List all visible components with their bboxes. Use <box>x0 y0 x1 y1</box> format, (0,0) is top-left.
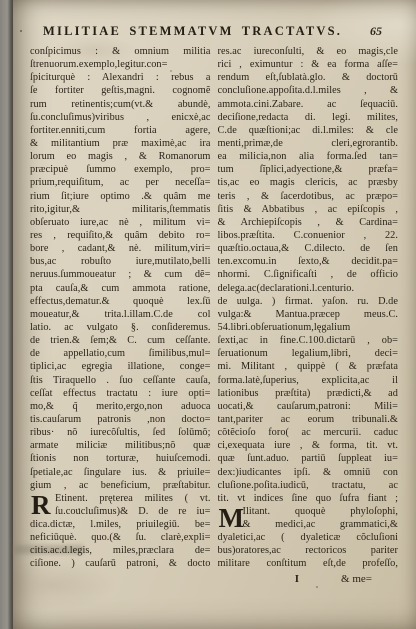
text-line: neruus.ſummoueatur ; & cum dẽ= <box>30 268 211 281</box>
text-line: cõtẽcioſo foro( ac mercurii. caduc <box>218 426 399 439</box>
text-line: rium ſit;iure optimo .& quâm me <box>30 190 211 203</box>
text-line: ciſione. ) cauſarū patroni, & docto <box>30 557 211 570</box>
text-line: ribus· nõ iurecõſultis, ſed ſolūmõ; <box>30 426 211 439</box>
text-line: ſpiciturquè : Alexandri : rebus a <box>30 71 211 84</box>
page-number: 65 <box>370 24 382 39</box>
text-line: mi. Militant , quippè ( & præfata <box>218 360 399 373</box>
text-line: Etinent. pręterea milites ( vt. <box>30 492 211 505</box>
text-line: ſtionis non torturæ, huiuſcemodi. <box>30 452 211 465</box>
text-line: ci,exequata iure , & forma, tit. vt. <box>218 439 399 452</box>
text-line: Ilitant. quoquè phyloſophi, <box>218 505 399 518</box>
text-line: tis,ac eo magis clericis, ac præsby <box>218 176 399 189</box>
text-line: tum ſĩplici,adyectione,& præfa= <box>218 163 399 176</box>
running-header: MILITIAE STEMMATVM TRACTATVS. 65 <box>30 24 398 39</box>
text-line: ſtis Tiraquello . ſuo ceſſante cauſa, <box>30 374 211 387</box>
catchword: & me= <box>341 573 372 585</box>
left-column: conſpicimus : & omnium militiaſtrenuorum… <box>30 45 211 571</box>
text-line: uocati,& cauſarum,patroni: Mili= <box>218 400 399 413</box>
text-line: ſexti,ac in fine.C.100.dictarū , ob= <box>218 334 399 347</box>
left-column-text-continued: dica.dictæ, l.miles, priuilegiū. be=nefi… <box>30 518 211 571</box>
text-line: pta cauſa,& cum ammota ratione, <box>30 282 211 295</box>
text-line: de appellatio,cum ſimilibus,mul= <box>30 347 211 360</box>
text-line: ſtrenuorum.exemplo,legitur.con= <box>30 58 211 71</box>
text-line: ten.excomu.in ſexto,& decidit.pa= <box>218 255 399 268</box>
text-line: obſeruato iure,ac nè , militum vi= <box>30 216 211 229</box>
text-line: res , requiſito,& quâm debito ro= <box>30 229 211 242</box>
text-line: dex:)iudicantes ipſi. & omniū con <box>218 466 399 479</box>
page-footer: I & me= <box>30 573 398 585</box>
text-line: bore , cadant,& nè. militum,viri= <box>30 242 211 255</box>
text-line: tit. vt indices ſine quo ſufra fiant ; <box>218 492 399 505</box>
dropcap-paragraph: M Ilitant. quoquè phyloſophi,& medici,ac… <box>218 505 399 531</box>
text-line: citis.ac.d.legis, miles,præclara de= <box>30 544 211 557</box>
text-line: ſeruationum legalium,libri, deci= <box>218 347 399 360</box>
dropcap-paragraph: R Etinent. pręterea milites ( vt.ſu.couc… <box>30 492 211 518</box>
text-line: quæſtio.octaua,& C.dilecto. de ſen <box>218 242 399 255</box>
dropcap-letter-m: M <box>219 505 244 531</box>
text-line: fortiter.enniti,cum fortia agere, <box>30 124 211 137</box>
text-line: res.ac iureconſulti, & eo magis,cle <box>218 45 399 58</box>
signature-mark: I <box>295 573 299 585</box>
right-column: res.ac iureconſulti, & eo magis,clerici … <box>218 45 399 571</box>
text-line: effectus,dematur.& quoquè lex.ſū <box>30 295 211 308</box>
text-line: ſu.coucluſimus)& D. de re iu= <box>30 505 211 518</box>
text-columns: conſpicimus : & omnium militiaſtrenuorum… <box>30 45 398 571</box>
text-line: gium , ac beneficium, præſtabitur. <box>30 479 211 492</box>
text-line: & militantium præ maximè,ac ira <box>30 137 211 150</box>
text-line: deciſione,redacta di. legi. milites, <box>218 111 399 124</box>
text-line: teris , & ſacerdotibus, ac præpo= <box>218 190 399 203</box>
text-line: forma.latè,ſuperius, explicita,ac il <box>218 374 399 387</box>
text-line: rito,igitur,& militaris,ſtemmatis <box>30 203 211 216</box>
text-line: mo,& q̃ merito,ergo,non aduoca <box>30 400 211 413</box>
text-line: ea milicia,non alia forma.ſed tan= <box>218 150 399 163</box>
scanned-book-page: MILITIAE STEMMATVM TRACTATVS. 65 conſpic… <box>0 0 416 629</box>
dropcap-paragraph-lines: Etinent. pręterea milites ( vt.ſu.couclu… <box>30 492 211 518</box>
text-line: ſu.concluſimus)viribus , enicxè,ac <box>30 111 211 124</box>
text-line: cluſione.poſita.iudicū, tractatu, ac <box>218 479 399 492</box>
text-line: dica.dictæ, l.miles, priuilegiū. be= <box>30 518 211 531</box>
text-line: tant,pariter ac eorum tribunali.& <box>218 413 399 426</box>
text-line: nhormi. C.ſignificaſti , de officio <box>218 268 399 281</box>
text-line: ſe fortiter geſtis,magni. cognomẽ <box>30 84 211 97</box>
text-line: libos.præſtita. C.conuenior , 22. <box>218 229 399 242</box>
text-line: conſpicimus : & omnium militia <box>30 45 211 58</box>
text-line: concluſione.appoſita.d.l.miles , & <box>218 84 399 97</box>
text-line: ſitis & Abbatibus , ac epiſcopis , <box>218 203 399 216</box>
text-line: prium,requiſitum, ac per neceſſa= <box>30 176 211 189</box>
text-line: delega.ac(declarationi.l.centurio. <box>218 282 399 295</box>
dropcap-letter-r: R <box>31 492 51 518</box>
text-line: tis.cauſarum patronis ,non docto= <box>30 413 211 426</box>
text-line: rici , eximuntur : & ea forma aſſe= <box>218 58 399 71</box>
text-line: armate miliciæ militibus;nõ quæ <box>30 439 211 452</box>
right-column-text-continued: dyaletici,ac ( dyaleticæ cõcluſionibus)o… <box>218 531 399 570</box>
text-line: ſpetiale,ac ſingulare ius. & priuile= <box>30 466 211 479</box>
text-line: quæ ſunt.aduo. partiū ſuppleat iu= <box>218 452 399 465</box>
text-line: menti,primæ,de cleri,egrorantib. <box>218 137 399 150</box>
text-line: & Archiepiſcopis , & Cardina= <box>218 216 399 229</box>
text-line: lationibus præſtita) prædicti,& ad <box>218 387 399 400</box>
text-line: de trien.& ſem;& C. cum ceſſante. <box>30 334 211 347</box>
text-line: bus,ac robuſto iure,mutilato,belli <box>30 255 211 268</box>
text-line: præcipuè ſummo exemplo, pro= <box>30 163 211 176</box>
text-line: ceſſat effectus tractatu : iure opti= <box>30 387 211 400</box>
text-line: rum retinentis;cum(vt.& abundè, <box>30 98 211 111</box>
right-column-text: res.ac iureconſulti, & eo magis,clerici … <box>218 45 399 505</box>
text-line: rendum eſt,ſublatà.glo. & doctorū <box>218 71 399 84</box>
text-line: latio. ac vulgato §. conſideremus. <box>30 321 211 334</box>
text-line: tiplici,ac egregia illatione, conge= <box>30 360 211 373</box>
scan-specks <box>20 30 22 32</box>
page-title: MILITIAE STEMMATVM TRACTATVS. <box>43 24 342 39</box>
text-line: bus)oratores,ac rectoricos pariter <box>218 544 399 557</box>
text-line: neficiūquè. quo.(& ſu. clarè,expli= <box>30 531 211 544</box>
text-line: de uulga. ) firmat. yaſon. ru. D.de <box>218 295 399 308</box>
text-line: militare conſtitum eſt,de profeſſo, <box>218 557 399 570</box>
text-line: C.de quæſtioni;ac di.l.miles: & cle <box>218 124 399 137</box>
dropcap-paragraph-lines: Ilitant. quoquè phyloſophi,& medici,ac g… <box>218 505 399 531</box>
text-line: & medici,ac grammatici,& <box>218 518 399 531</box>
text-line: ammota.cini.Zabare. ac ſequaciū. <box>218 98 399 111</box>
page-content: MILITIAE STEMMATVM TRACTATVS. 65 conſpic… <box>30 24 398 571</box>
text-line: 54.libri.obſeruationum,lęgalium <box>218 321 399 334</box>
text-line: dyaletici,ac ( dyaleticæ cõcluſioni <box>218 531 399 544</box>
left-column-text: conſpicimus : & omnium militiaſtrenuorum… <box>30 45 211 492</box>
text-line: lorum eo magis , & Romanorum <box>30 150 211 163</box>
text-line: vulga:& Mantua.præcep meus.C. <box>218 308 399 321</box>
text-line: moueatur,& trita.l.illam.C.de col <box>30 308 211 321</box>
